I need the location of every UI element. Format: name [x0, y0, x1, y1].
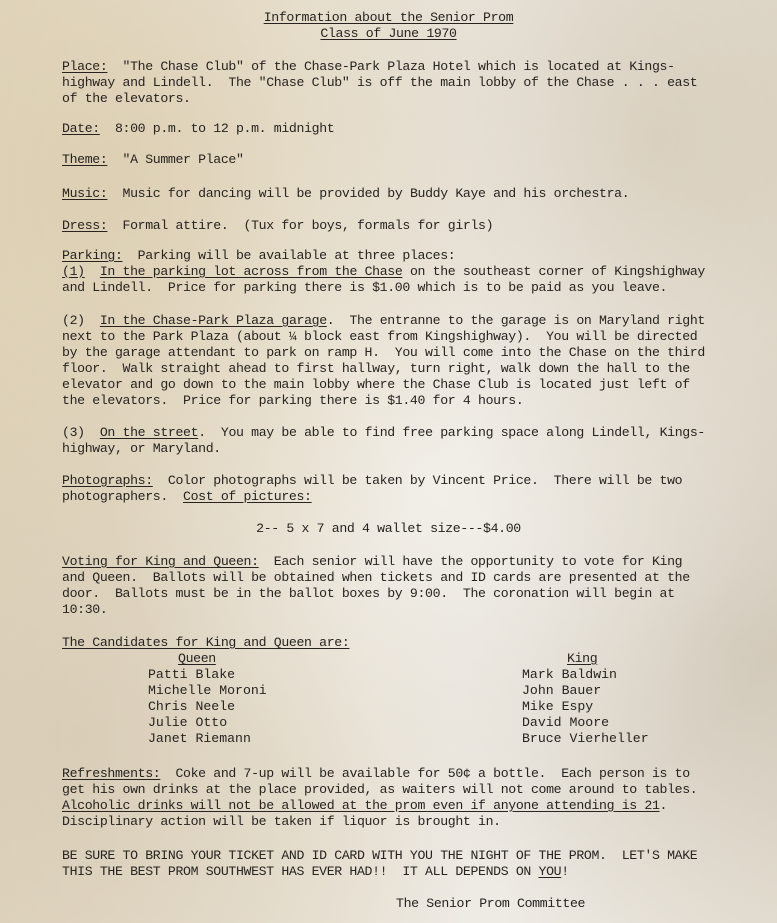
theme-line: Theme: "A Summer Place" [62, 152, 244, 168]
option-heading: In the Chase-Park Plaza garage [100, 313, 327, 328]
photographs-text: photographers. [62, 489, 183, 504]
queen-candidate: Chris Neele [148, 699, 267, 715]
king-candidate: Bruce Vierheller [522, 731, 649, 747]
queen-candidate: Julie Otto [148, 715, 267, 731]
dress-text: Formal attire. (Tux for boys, formals fo… [123, 218, 494, 233]
option-text: . You may be able to find free parking s… [198, 425, 705, 440]
date-text: 8:00 p.m. to 12 p.m. midnight [115, 121, 334, 136]
theme-text: "A Summer Place" [123, 152, 244, 167]
document-subtitle: Class of June 1970 [0, 26, 777, 42]
voting-line-4: 10:30. [62, 602, 107, 618]
king-column-label: King [567, 651, 597, 667]
king-label: King [567, 651, 597, 666]
alcohol-line: Alcoholic drinks will not be allowed at … [62, 798, 667, 814]
queen-candidates-list: Patti Blake Michelle Moroni Chris Neele … [148, 667, 267, 747]
voting-line-2: and Queen. Ballots will be obtained when… [62, 570, 690, 586]
theme-label: Theme: [62, 152, 107, 167]
queen-candidate: Janet Riemann [148, 731, 267, 747]
option-text: on the southeast corner of Kingshighway [402, 264, 705, 279]
subtitle-text: Class of June 1970 [320, 26, 456, 41]
alcohol-end: . [660, 798, 668, 813]
king-candidate: David Moore [522, 715, 649, 731]
closing-end: ! [561, 864, 569, 879]
queen-label: Queen [178, 651, 216, 666]
photographs-text: Color photographs will be taken by Vince… [153, 473, 682, 488]
parking-option-2-line-1: (2) In the Chase-Park Plaza garage. The … [62, 313, 705, 329]
date-label: Date: [62, 121, 100, 136]
prom-info-sheet: Information about the Senior Prom Class … [0, 0, 777, 923]
title-text: Information about the Senior Prom [264, 10, 514, 25]
parking-option-2-line-4: floor. Walk straight ahead to first hall… [62, 361, 690, 377]
date-line: Date: 8:00 p.m. to 12 p.m. midnight [62, 121, 334, 137]
document-title: Information about the Senior Prom [0, 10, 777, 26]
parking-intro-line: Parking: Parking will be available at th… [62, 248, 455, 264]
parking-option-2-line-5: elevator and go down to the main lobby w… [62, 377, 690, 393]
voting-line-3: door. Ballots must be in the ballot boxe… [62, 586, 675, 602]
cost-label: Cost of pictures: [183, 489, 312, 504]
refreshments-label: Refreshments: [62, 766, 160, 781]
place-line-3: of the elevators. [62, 91, 191, 107]
place-text: "The Chase Club" of the Chase-Park Plaza… [123, 59, 675, 74]
parking-option-2-line-6: the elevators. Price for parking there i… [62, 393, 523, 409]
parking-option-1-line-2: and Lindell. Price for parking there is … [62, 280, 667, 296]
music-line: Music: Music for dancing will be provide… [62, 186, 629, 202]
option-heading: On the street [100, 425, 198, 440]
king-candidate: John Bauer [522, 683, 649, 699]
parking-intro: Parking will be available at three place… [138, 248, 456, 263]
voting-label: Voting for King and Queen: [62, 554, 259, 569]
music-text: Music for dancing will be provided by Bu… [123, 186, 630, 201]
photo-price-line: 2-- 5 x 7 and 4 wallet size---$4.00 [0, 521, 777, 537]
refreshments-line-2: get his own drinks at the place provided… [62, 782, 697, 798]
queen-candidate: Patti Blake [148, 667, 267, 683]
closing-line-1: BE SURE TO BRING YOUR TICKET AND ID CARD… [62, 848, 697, 864]
queen-column-label: Queen [178, 651, 216, 667]
place-line-2: highway and Lindell. The "Chase Club" is… [62, 75, 697, 91]
place-line-1: Place: "The Chase Club" of the Chase-Par… [62, 59, 675, 75]
discipline-line: Disciplinary action will be taken if liq… [62, 814, 501, 830]
signature: The Senior Prom Committee [396, 896, 585, 912]
parking-option-2-line-2: next to the Park Plaza (about ¼ block ea… [62, 329, 697, 345]
photographs-line-1: Photographs: Color photographs will be t… [62, 473, 682, 489]
parking-option-1-line-1: (1) In the parking lot across from the C… [62, 264, 705, 280]
king-candidate: Mike Espy [522, 699, 649, 715]
parking-option-2-line-3: by the garage attendant to park on ramp … [62, 345, 705, 361]
closing-emphasis: YOU [539, 864, 562, 879]
place-label: Place: [62, 59, 107, 74]
option-number: (1) [62, 264, 85, 279]
option-number: (2) [62, 313, 85, 328]
refreshments-text: Coke and 7-up will be available for 50¢ … [160, 766, 689, 781]
candidates-heading: The Candidates for King and Queen are: [62, 635, 349, 651]
closing-text: THIS THE BEST PROM SOUTHWEST HAS EVER HA… [62, 864, 539, 879]
voting-line-1: Voting for King and Queen: Each senior w… [62, 554, 682, 570]
photographs-label: Photographs: [62, 473, 153, 488]
parking-label: Parking: [62, 248, 123, 263]
option-number: (3) [62, 425, 85, 440]
dress-line: Dress: Formal attire. (Tux for boys, for… [62, 218, 493, 234]
voting-text: Each senior will have the opportunity to… [259, 554, 683, 569]
dress-label: Dress: [62, 218, 107, 233]
music-label: Music: [62, 186, 107, 201]
parking-option-3-line-2: highway, or Maryland. [62, 441, 221, 457]
alcohol-warning: Alcoholic drinks will not be allowed at … [62, 798, 660, 813]
option-heading: In the parking lot across from the Chase [100, 264, 403, 279]
closing-line-2: THIS THE BEST PROM SOUTHWEST HAS EVER HA… [62, 864, 569, 880]
candidates-heading-text: The Candidates for King and Queen are: [62, 635, 349, 650]
king-candidate: Mark Baldwin [522, 667, 649, 683]
king-candidates-list: Mark Baldwin John Bauer Mike Espy David … [522, 667, 649, 747]
queen-candidate: Michelle Moroni [148, 683, 267, 699]
option-text: . The entranne to the garage is on Maryl… [327, 313, 705, 328]
photographs-line-2: photographers. Cost of pictures: [62, 489, 312, 505]
parking-option-3-line-1: (3) On the street. You may be able to fi… [62, 425, 705, 441]
refreshments-line-1: Refreshments: Coke and 7-up will be avai… [62, 766, 690, 782]
